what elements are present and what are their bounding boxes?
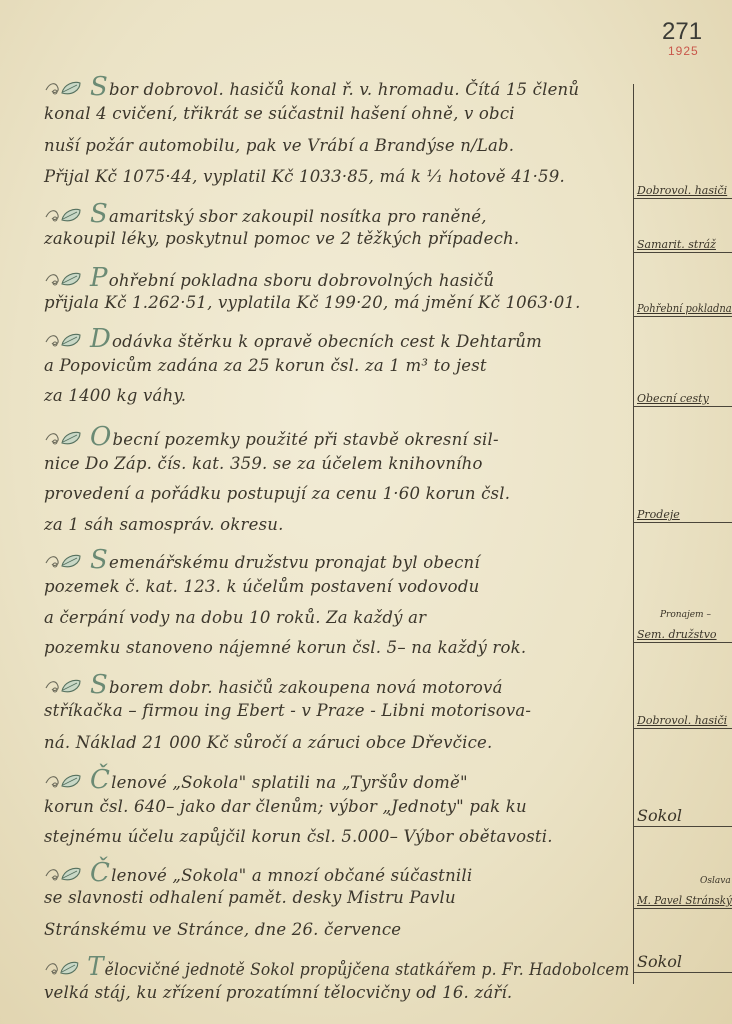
line-text: konal 4 cvičení, třikrát se súčastnil ha…: [44, 104, 515, 123]
margin-topic: Obecní cesty: [634, 384, 732, 407]
line-text: pozemek č. kat. 123. k účelům postavení …: [44, 577, 479, 596]
text-line: Dodávka štěrku k opravě obecních cest k …: [44, 324, 542, 354]
line-text: Přijal Kč 1075·44, vyplatil Kč 1033·85, …: [44, 167, 565, 186]
text-line: korun čsl. 640– jako dar členům; výbor „…: [44, 797, 527, 816]
margin-topic: Dobrovol. hasiči: [634, 706, 732, 729]
line-text: za 1 sáh samospráv. okresu.: [44, 515, 284, 534]
leaf-ornament-icon: [44, 205, 84, 225]
line-text: amaritský sbor zakoupil nosítka pro raně…: [109, 207, 487, 226]
text-line: stejnému účelu zapůjčil korun čsl. 5.000…: [44, 827, 553, 846]
line-text: velká stáj, ku zřízení prozatímní tělocv…: [44, 983, 512, 1002]
text-line: provedení a pořádku postupují za cenu 1·…: [44, 484, 510, 503]
text-line: za 1400 kg váhy.: [44, 386, 186, 405]
line-text: pozemku stanoveno nájemné korun čsl. 5– …: [44, 638, 526, 657]
line-text: ohřební pokladna sboru dobrovolných hasi…: [109, 271, 494, 290]
text-line: Pohřební pokladna sboru dobrovolných has…: [44, 263, 494, 293]
leaf-ornament-icon: [44, 864, 84, 884]
line-text: borem dobr. hasičů zakoupena nová motoro…: [109, 678, 503, 697]
leaf-ornament-icon: [44, 428, 84, 448]
line-text: stejnému účelu zapůjčil korun čsl. 5.000…: [44, 827, 553, 846]
line-text: emenářskému družstvu pronajat byl obecní: [109, 553, 480, 572]
text-line: Sborem dobr. hasičů zakoupena nová motor…: [44, 670, 503, 700]
margin-topic-label: Samarit. stráž: [637, 238, 716, 251]
text-line: zakoupil léky, poskytnul pomoc ve 2 těžk…: [44, 229, 519, 248]
margin-topic: Sokol: [634, 950, 732, 973]
margin-topic-label: Sem. družstvo: [637, 628, 717, 641]
leaf-ornament-icon: [44, 269, 84, 289]
margin-topic-label: Dobrovol. hasiči: [637, 714, 727, 727]
line-text: provedení a pořádku postupují za cenu 1·…: [44, 484, 510, 503]
line-text: lenové „Sokola" splatili na „Tyršův domě…: [111, 773, 468, 792]
text-line: nuší požár automobilu, pak ve Vrábí a Br…: [44, 136, 514, 155]
entry-initial: Č: [90, 858, 110, 888]
text-line: a Popovicům zadána za 25 korun čsl. za 1…: [44, 356, 487, 375]
leaf-ornament-icon: [44, 676, 84, 696]
leaf-ornament-icon: [44, 78, 84, 98]
leaf-ornament-icon: [44, 551, 84, 571]
line-text: zakoupil léky, poskytnul pomoc ve 2 těžk…: [44, 229, 519, 248]
leaf-ornament-icon: [44, 958, 82, 978]
text-line: Přijal Kč 1075·44, vyplatil Kč 1033·85, …: [44, 167, 565, 186]
margin-topic: Samarit. stráž: [634, 230, 732, 253]
margin-topic: Dobrovol. hasiči: [634, 176, 732, 199]
text-line: a čerpání vody na dobu 10 roků. Za každý…: [44, 608, 426, 627]
leaf-ornament-icon: [44, 330, 84, 350]
entry-initial: S: [90, 72, 108, 102]
line-text: korun čsl. 640– jako dar členům; výbor „…: [44, 797, 527, 816]
margin-topic-label: M. Pavel Stránský: [637, 894, 732, 907]
line-text: lenové „Sokola" a mnozí občané súčastnil…: [111, 866, 472, 885]
line-text: přijala Kč 1.262·51, vyplatila Kč 199·20…: [44, 293, 581, 312]
line-text: a Popovicům zadána za 25 korun čsl. za 1…: [44, 356, 487, 375]
margin-topic-label: Prodeje: [637, 508, 680, 521]
text-line: konal 4 cvičení, třikrát se súčastnil ha…: [44, 104, 515, 123]
margin-topic-label: Obecní cesty: [637, 392, 709, 405]
text-line: se slavnosti odhalení pamět. desky Mistr…: [44, 888, 456, 907]
entry-initial: S: [90, 545, 108, 575]
text-line: za 1 sáh samospráv. okresu.: [44, 515, 284, 534]
entry-initial: P: [90, 263, 108, 293]
text-line: přijala Kč 1.262·51, vyplatila Kč 199·20…: [44, 293, 581, 312]
text-line: Semenářskému družstvu pronajat byl obecn…: [44, 545, 480, 575]
line-text: bor dobrovol. hasičů konal ř. v. hromadu…: [109, 80, 579, 99]
entry-initial: T: [87, 952, 103, 982]
margin-topic-superscript: Oslava: [700, 876, 731, 886]
text-line: ná. Náklad 21 000 Kč sůročí a záruci obc…: [44, 733, 492, 752]
entry-initial: D: [90, 324, 111, 354]
text-line: pozemek č. kat. 123. k účelům postavení …: [44, 577, 479, 596]
line-text: za 1400 kg váhy.: [44, 386, 186, 405]
margin-topic: Sokol: [634, 804, 732, 827]
text-line: Členové „Sokola" splatili na „Tyršův dom…: [44, 765, 468, 795]
text-line: Tělocvičné jednotě Sokol propůjčena stat…: [44, 952, 630, 982]
leaf-ornament-icon: [44, 771, 84, 791]
text-line: Stránskému ve Stránce, dne 26. července: [44, 920, 401, 939]
margin-topic-label: Sokol: [637, 952, 682, 971]
line-text: Stránskému ve Stránce, dne 26. července: [44, 920, 401, 939]
entry-initial: S: [90, 670, 108, 700]
margin-topic: Prodeje: [634, 500, 732, 523]
entry-initial: O: [90, 422, 112, 452]
line-text: se slavnosti odhalení pamět. desky Mistr…: [44, 888, 456, 907]
line-text: stříkačka – firmou ing Ebert - v Praze -…: [44, 701, 531, 720]
line-text: ná. Náklad 21 000 Kč sůročí a záruci obc…: [44, 733, 492, 752]
margin-topic: M. Pavel StránskýOslava: [634, 886, 732, 909]
line-text: a čerpání vody na dobu 10 roků. Za každý…: [44, 608, 426, 627]
line-text: nuší požár automobilu, pak ve Vrábí a Br…: [44, 136, 514, 155]
line-text: odávka štěrku k opravě obecních cest k D…: [112, 332, 542, 351]
text-line: Členové „Sokola" a mnozí občané súčastni…: [44, 858, 472, 888]
margin-topic: Pohřební pokladna: [634, 294, 732, 317]
entry-initial: S: [90, 199, 108, 229]
text-line: Sbor dobrovol. hasičů konal ř. v. hromad…: [44, 72, 579, 102]
text-line: nice Do Záp. čís. kat. 359. se za účelem…: [44, 454, 483, 473]
text-line: Obecní pozemky použité při stavbě okresn…: [44, 422, 499, 452]
margin-topic-label: Sokol: [637, 806, 682, 825]
margin-column: Dobrovol. hasičiSamarit. strážPohřební p…: [634, 0, 732, 1024]
text-line: pozemku stanoveno nájemné korun čsl. 5– …: [44, 638, 526, 657]
line-text: becní pozemky použité při stavbě okresní…: [113, 430, 499, 449]
margin-topic-superscript: Pronajem –: [660, 610, 711, 620]
margin-topic-label: Pohřební pokladna: [637, 302, 732, 315]
margin-topic-label: Dobrovol. hasiči: [637, 184, 727, 197]
text-line: velká stáj, ku zřízení prozatímní tělocv…: [44, 983, 512, 1002]
text-line: Samaritský sbor zakoupil nosítka pro ran…: [44, 199, 487, 229]
line-text: ělocvičné jednotě Sokol propůjčena statk…: [105, 960, 630, 979]
entry-initial: Č: [90, 765, 110, 795]
margin-topic: Sem. družstvoPronajem –: [634, 620, 732, 643]
line-text: nice Do Záp. čís. kat. 359. se za účelem…: [44, 454, 483, 473]
text-line: stříkačka – firmou ing Ebert - v Praze -…: [44, 701, 531, 720]
